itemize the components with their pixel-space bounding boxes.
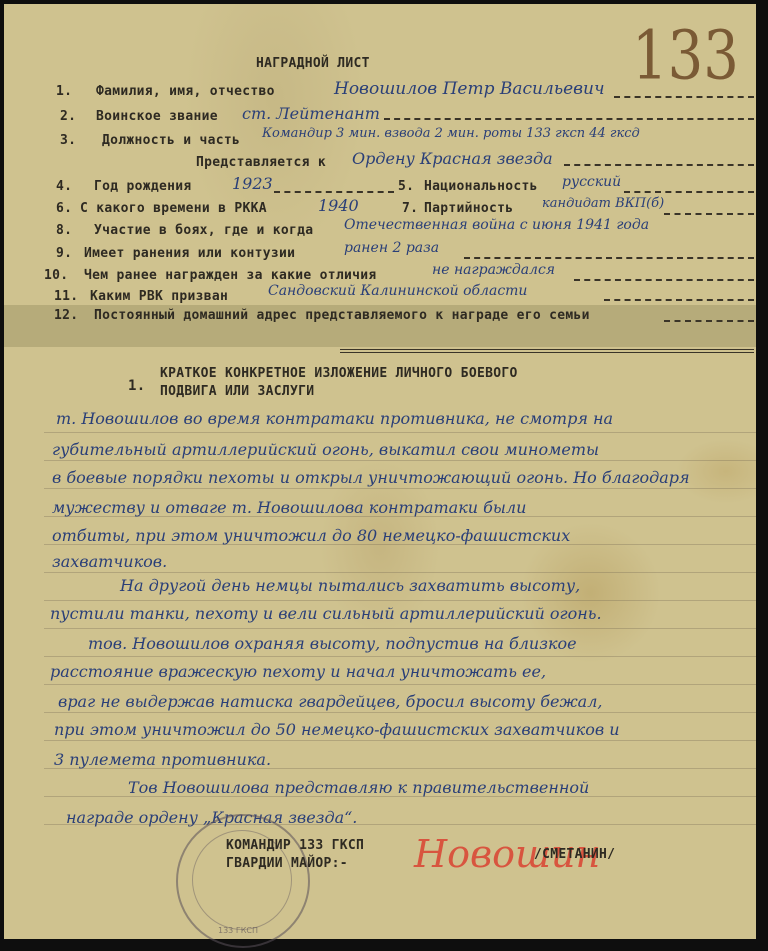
field-6-num: 6.	[56, 201, 72, 216]
ruled-line	[44, 656, 756, 657]
narrative-line: губительный артиллерийский огонь, выкати…	[52, 440, 599, 459]
field-6-label: С какого времени в РККА	[80, 201, 267, 216]
field-11-value: Сандовский Калининской области	[268, 283, 527, 299]
narrative-line: враг не выдержав натиска гвардейцев, бро…	[58, 692, 602, 711]
field-4-value: 1923	[232, 174, 273, 193]
field-11-num: 11.	[54, 289, 78, 304]
dash-line	[564, 164, 754, 166]
field-2-num: 2.	[60, 109, 76, 124]
field-2-label: Воинское звание	[96, 109, 218, 124]
dash-line	[274, 191, 394, 193]
field-5-label: Национальность	[424, 179, 538, 194]
ruled-line	[44, 432, 756, 433]
ruled-line	[44, 572, 756, 573]
narrative-line: при этом уничтожил до 50 немецко-фашистс…	[54, 720, 620, 739]
field-12-num: 12.	[54, 308, 78, 323]
dash-line	[574, 279, 754, 281]
narrative-line: захватчиков.	[52, 552, 167, 571]
dash-line	[604, 299, 754, 301]
field-8-value: Отечественная война с июня 1941 года	[344, 217, 649, 233]
field-5-num: 5.	[398, 179, 414, 194]
field-3-num: 3.	[60, 133, 76, 148]
signature-line1: КОМАНДИР 133 ГКСП	[226, 838, 364, 853]
dash-line	[664, 320, 754, 322]
presented-to-label: Представляется к	[196, 155, 326, 170]
field-10-value: не награждался	[432, 262, 555, 278]
narrative-line: пустили танки, пехоту и вели сильный арт…	[50, 604, 602, 623]
narrative-line: в боевые порядки пехоты и открыл уничтож…	[52, 468, 690, 487]
field-3-value: Командир 3 мин. взвода 2 мин. роты 133 г…	[262, 126, 640, 141]
dash-line	[464, 257, 754, 259]
presented-to-value: Ордену Красная звезда	[352, 149, 553, 168]
narrative-line: т. Новошилов во время контратаки противн…	[56, 409, 613, 428]
dash-line	[624, 191, 754, 193]
document-title: НАГРАДНОЙ ЛИСТ	[256, 56, 370, 71]
field-8-num: 8.	[56, 223, 72, 238]
award-sheet: 133 НАГРАДНОЙ ЛИСТ 1. Фамилия, имя, отче…	[4, 4, 756, 939]
dash-line	[384, 118, 754, 120]
field-5-value: русский	[562, 174, 621, 190]
narrative-line: На другой день немцы пытались захватить …	[120, 576, 580, 595]
field-4-num: 4.	[56, 179, 72, 194]
field-12-label: Постоянный домашний адрес представляемог…	[94, 308, 590, 323]
section-heading-line2: ПОДВИГА ИЛИ ЗАСЛУГИ	[160, 384, 314, 399]
narrative-line: мужеству и отваге т. Новошилова контрата…	[52, 498, 526, 517]
field-9-label: Имеет ранения или контузии	[84, 246, 295, 261]
narrative-line: Тов Новошилова представляю к правительст…	[128, 778, 589, 797]
field-1-value: Новошилов Петр Васильевич	[334, 79, 605, 99]
field-7-value: кандидат ВКП(б)	[542, 196, 664, 211]
ruled-line	[44, 628, 756, 629]
field-9-value: ранен 2 раза	[344, 240, 439, 256]
field-9-num: 9.	[56, 246, 72, 261]
field-6-value: 1940	[318, 196, 359, 215]
narrative-line: отбиты, при этом уничтожил до 80 немецко…	[52, 526, 570, 545]
field-10-label: Чем ранее награжден за какие отличия	[84, 268, 377, 283]
field-7-num: 7.	[402, 201, 418, 216]
dash-line	[664, 213, 754, 215]
official-stamp: 133 ГКСП	[176, 814, 310, 948]
narrative-line: тов. Новошилов охраняя высоту, подпустив…	[88, 634, 577, 653]
ruled-line	[44, 712, 756, 713]
field-11-label: Каким РВК призван	[90, 289, 228, 304]
ruled-line	[44, 740, 756, 741]
typed-signatory-name: /СМЕТАНИН/	[534, 847, 615, 862]
field-3-label: Должность и часть	[102, 133, 240, 148]
stamp-text: 133 ГКСП	[218, 926, 258, 935]
narrative-line: расстояние вражескую пехоту и начал унич…	[50, 662, 546, 681]
ruled-line	[44, 600, 756, 601]
signature-line2: ГВАРДИИ МАЙОР:-	[226, 856, 348, 871]
field-2-value: ст. Лейтенант	[242, 104, 380, 123]
double-separator	[340, 349, 754, 353]
section-heading-line1: КРАТКОЕ КОНКРЕТНОЕ ИЗЛОЖЕНИЕ ЛИЧНОГО БОЕ…	[160, 366, 518, 381]
field-10-num: 10.	[44, 268, 68, 283]
field-7-label: Партийность	[424, 201, 513, 216]
ruled-line	[44, 684, 756, 685]
ruled-line	[44, 488, 756, 489]
field-8-label: Участие в боях, где и когда	[94, 223, 313, 238]
narrative-line: 3 пулемета противника.	[54, 750, 271, 769]
dash-line	[614, 96, 754, 98]
field-4-label: Год рождения	[94, 179, 192, 194]
field-1-num: 1.	[56, 84, 72, 99]
section-num: 1.	[128, 378, 145, 394]
pencil-page-number: 133	[632, 18, 739, 96]
field-1-label: Фамилия, имя, отчество	[96, 84, 275, 99]
ruled-line	[44, 460, 756, 461]
